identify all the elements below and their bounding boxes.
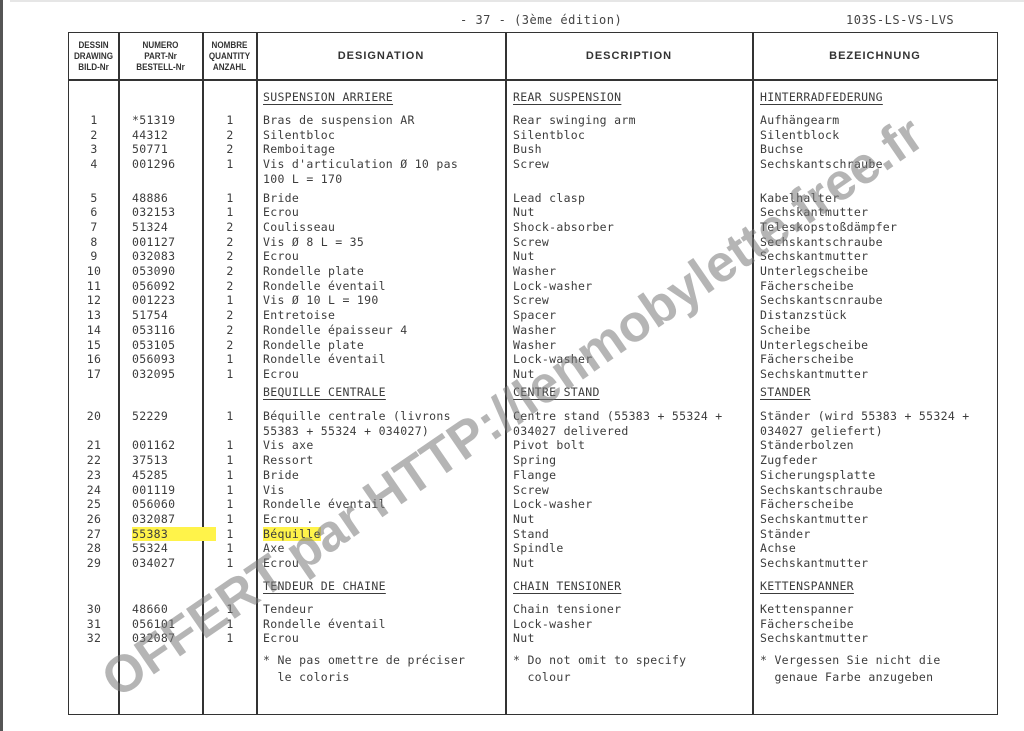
drawing-number: 13 [69, 308, 119, 322]
designation-fr: Remboitage [263, 142, 335, 156]
designation-fr: Rondelle épaisseur 4 [263, 323, 407, 337]
drawing-number: 26 [69, 512, 119, 526]
header-designation: DESIGNATION [257, 33, 505, 79]
header-description: DESCRIPTION [506, 33, 752, 79]
bezeichnung-de: Silentblock [760, 128, 839, 142]
quantity: 2 [203, 235, 257, 249]
quantity: 1 [203, 527, 257, 541]
header-label: BESTELL-Nr [136, 62, 184, 73]
designation-fr: Bride [263, 191, 299, 205]
quantity: 1 [203, 453, 257, 467]
drawing-number: 2 [69, 128, 119, 142]
drawing-number: 27 [69, 527, 119, 541]
bezeichnung-de: Unterlegscheibe [760, 264, 868, 278]
bezeichnung-de: Fächerscheibe [760, 279, 854, 293]
quantity: 2 [203, 128, 257, 142]
header-part-number: NUMERO PART-Nr BESTELL-Nr [125, 33, 196, 79]
designation-fr: Vis [263, 483, 285, 497]
designation-fr: Rondelle plate [263, 338, 364, 352]
designation-fr: Béquille centrale (livrons [263, 409, 451, 423]
drawing-number: 29 [69, 556, 119, 570]
designation-fr: Rondelle éventail [263, 497, 386, 511]
designation-fr: Entretoise [263, 308, 335, 322]
description-en: Spindle [513, 541, 564, 555]
quantity: 1 [203, 541, 257, 555]
page-top-border [10, 0, 1024, 2]
description-en: Shock-absorber [513, 220, 614, 234]
description-en: Screw [513, 483, 549, 497]
header-label: QUANTITY [209, 51, 250, 62]
designation-fr: Ecrou [263, 205, 299, 219]
drawing-number: 8 [69, 235, 119, 249]
description-en: Lock-washer [513, 497, 592, 511]
designation-fr: Ecrou [263, 249, 299, 263]
quantity: 1 [203, 157, 257, 171]
quantity: 2 [203, 249, 257, 263]
drawing-number: 20 [69, 409, 119, 423]
quantity: 1 [203, 631, 257, 645]
bezeichnung-de: Scheibe [760, 323, 811, 337]
description-en: Screw [513, 293, 549, 307]
drawing-number: 24 [69, 483, 119, 497]
drawing-number: 15 [69, 338, 119, 352]
description-en: Spring [513, 453, 556, 467]
quantity: 1 [203, 409, 257, 423]
designation-fr: Ecrou . [263, 512, 314, 526]
quantity: 1 [203, 205, 257, 219]
drawing-number: 10 [69, 264, 119, 278]
description-en: Flange [513, 468, 556, 482]
description-en: Nut [513, 367, 535, 381]
description-en: Washer [513, 264, 556, 278]
quantity: 2 [203, 338, 257, 352]
description-en: Lock-washer [513, 279, 592, 293]
bezeichnung-de: Sechskantmutter [760, 367, 868, 381]
drawing-number: 1 [69, 113, 119, 127]
description-en: Lock-washer [513, 352, 592, 366]
drawing-number: 23 [69, 468, 119, 482]
drawing-number: 11 [69, 279, 119, 293]
quantity: 1 [203, 556, 257, 570]
quantity: 2 [203, 323, 257, 337]
section-title-en: CENTRE STAND [513, 385, 600, 399]
section-title-en: CHAIN TENSIONER [513, 579, 621, 593]
bezeichnung-de: Fächerscheibe [760, 497, 854, 511]
section-title-en: REAR SUSPENSION [513, 90, 621, 104]
drawing-number: 9 [69, 249, 119, 263]
description-en: Screw [513, 157, 549, 171]
header-drawing-number: DESSIN DRAWING BILD-Nr [73, 33, 115, 79]
bezeichnung-de: Kabelhalter [760, 191, 839, 205]
quantity: 1 [203, 191, 257, 205]
designation-fr: Ressort [263, 453, 314, 467]
bezeichnung-de: Sechskantmutter [760, 249, 868, 263]
drawing-number: 25 [69, 497, 119, 511]
description-en: Nut [513, 249, 535, 263]
drawing-number: 6 [69, 205, 119, 219]
note-de: genaue Farbe anzugeben [760, 670, 933, 684]
designation-fr: Coulisseau [263, 220, 335, 234]
description-en: Bush [513, 142, 542, 156]
quantity: 1 [203, 468, 257, 482]
page-number-edition: - 37 - (3ème édition) [460, 13, 622, 27]
quantity: 1 [203, 512, 257, 526]
drawing-number: 5 [69, 191, 119, 205]
drawing-number: 12 [69, 293, 119, 307]
designation-fr: Vis Ø 10 L = 190 [263, 293, 379, 307]
description-en: Nut [513, 556, 535, 570]
drawing-number: 4 [69, 157, 119, 171]
bezeichnung-de: Unterlegscheibe [760, 338, 868, 352]
designation-fr-cont: 55383 + 55324 + 034027) [263, 424, 429, 438]
drawing-number: 16 [69, 352, 119, 366]
bezeichnung-de: Sechskantscnraube [760, 293, 883, 307]
header-quantity: NOMBRE QUANTITY ANZAHL [207, 33, 252, 79]
bezeichnung-de: Sechskantmutter [760, 512, 868, 526]
bezeichnung-de: Sechskantschraube [760, 157, 883, 171]
quantity: 2 [203, 279, 257, 293]
drawing-number: 21 [69, 438, 119, 452]
description-en: Screw [513, 235, 549, 249]
designation-fr: Ecrou [263, 367, 299, 381]
section-title-fr: BEQUILLE CENTRALE [263, 385, 386, 399]
quantity: 1 [203, 293, 257, 307]
bezeichnung-de: Sechskantmutter [760, 205, 868, 219]
description-en: Washer [513, 338, 556, 352]
description-en: Nut [513, 205, 535, 219]
header-label: NUMERO [143, 40, 179, 51]
designation-fr: Axe [263, 541, 285, 555]
bezeichnung-de: Distanzstück [760, 308, 847, 322]
note-de: * Vergessen Sie nicht die [760, 653, 941, 667]
note-fr: * Ne pas omettre de préciser [263, 653, 465, 667]
drawing-number: 22 [69, 453, 119, 467]
bezeichnung-de: Sechskantschraube [760, 235, 883, 249]
column-divider [752, 33, 754, 714]
designation-fr: Silentbloc [263, 128, 335, 142]
quantity: 1 [203, 352, 257, 366]
quantity: 1 [203, 497, 257, 511]
bezeichnung-de: Buchse [760, 142, 803, 156]
bezeichnung-de: Ständerbolzen [760, 438, 854, 452]
drawing-number: 31 [69, 617, 119, 631]
designation-fr: Rondelle éventail [263, 352, 386, 366]
bezeichnung-de: Sicherungsplatte [760, 468, 876, 482]
description-en: Chain tensioner [513, 602, 621, 616]
header-label: DRAWING [74, 51, 113, 62]
header-label: NOMBRE [212, 40, 248, 51]
designation-fr: Ecrou [263, 631, 299, 645]
quantity: 2 [203, 142, 257, 156]
designation-fr: Vis axe [263, 438, 314, 452]
quantity: 2 [203, 308, 257, 322]
quantity: 1 [203, 438, 257, 452]
section-title-fr: TENDEUR DE CHAINE [263, 579, 386, 593]
bezeichnung-de: Fächerscheibe [760, 617, 854, 631]
description-en: Spacer [513, 308, 556, 322]
drawing-number: 30 [69, 602, 119, 616]
drawing-number: 28 [69, 541, 119, 555]
header-divider [69, 79, 997, 81]
designation-fr: Tendeur [263, 602, 314, 616]
bezeichnung-de: Achse [760, 541, 796, 555]
section-title-de: HINTERRADFEDERUNG [760, 90, 883, 104]
bezeichnung-de: Sechskantschraube [760, 483, 883, 497]
note-en: * Do not omit to specify [513, 653, 686, 667]
header-label: BILD-Nr [78, 62, 109, 73]
header-label: DESSIN [78, 40, 108, 51]
quantity: 2 [203, 220, 257, 234]
section-title-fr: SUSPENSION ARRIERE [263, 90, 393, 104]
bezeichnung-de: Teleskopstoßdämpfer [760, 220, 897, 234]
description-en: Lead clasp [513, 191, 585, 205]
parts-table: DESSIN DRAWING BILD-Nr NUMERO PART-Nr BE… [68, 32, 998, 715]
note-fr: le coloris [263, 670, 350, 684]
bezeichnung-de: Aufhängearm [760, 113, 839, 127]
description-en: Stand [513, 527, 549, 541]
designation-fr: Rondelle plate [263, 264, 364, 278]
quantity: 1 [203, 483, 257, 497]
designation-fr: Bride [263, 468, 299, 482]
note-en: colour [513, 670, 571, 684]
quantity: 1 [203, 617, 257, 631]
description-en-cont: 034027 delivered [513, 424, 629, 438]
drawing-number: 32 [69, 631, 119, 645]
header-label: PART-Nr [144, 51, 177, 62]
designation-fr: Vis d'articulation Ø 10 pas [263, 157, 458, 171]
bezeichnung-de: Sechskantmutter [760, 631, 868, 645]
bezeichnung-de: Kettenspanner [760, 602, 854, 616]
designation-fr: Bras de suspension AR [263, 113, 415, 127]
designation-fr-cont: 100 L = 170 [263, 172, 342, 186]
designation-fr: Béquille [263, 527, 321, 541]
section-title-de: KETTENSPANNER [760, 579, 854, 593]
bezeichnung-de: Ständer (wird 55383 + 55324 + [760, 409, 969, 423]
drawing-number: 3 [69, 142, 119, 156]
description-en: Lock-washer [513, 617, 592, 631]
column-divider [505, 33, 507, 714]
description-en: Washer [513, 323, 556, 337]
designation-fr: Vis Ø 8 L = 35 [263, 235, 364, 249]
drawing-number: 17 [69, 367, 119, 381]
header-label: ANZAHL [213, 62, 246, 73]
description-en: Centre stand (55383 + 55324 + [513, 409, 722, 423]
bezeichnung-de: Fächerscheibe [760, 352, 854, 366]
quantity: 1 [203, 602, 257, 616]
section-title-de: STANDER [760, 385, 811, 399]
designation-fr: Rondelle éventail [263, 279, 386, 293]
description-en: Rear swinging arm [513, 113, 636, 127]
quantity: 2 [203, 264, 257, 278]
quantity: 1 [203, 367, 257, 381]
bezeichnung-de-cont: 034027 geliefert) [760, 424, 883, 438]
page-edge [0, 0, 3, 731]
bezeichnung-de: Ständer [760, 527, 811, 541]
quantity: 1 [203, 113, 257, 127]
designation-fr: Ecrou [263, 556, 299, 570]
model-reference: 103S-LS-VS-LVS [846, 13, 954, 27]
drawing-number: 7 [69, 220, 119, 234]
description-en: Pivot bolt [513, 438, 585, 452]
bezeichnung-de: Sechskantmutter [760, 556, 868, 570]
description-en: Nut [513, 631, 535, 645]
header-bezeichnung: BEZEICHNUNG [753, 33, 997, 79]
bezeichnung-de: Zugfeder [760, 453, 818, 467]
description-en: Nut [513, 512, 535, 526]
drawing-number: 14 [69, 323, 119, 337]
description-en: Silentbloc [513, 128, 585, 142]
designation-fr: Rondelle éventail [263, 617, 386, 631]
